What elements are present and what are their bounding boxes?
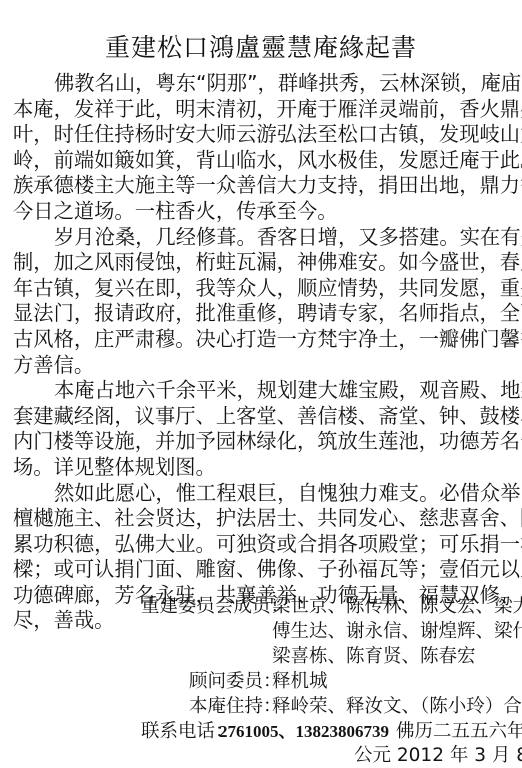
abbot-label: 本庵住持： (189, 695, 282, 719)
gregorian-date: 公元 2012 年 3 月 8 日 (354, 744, 522, 768)
body-line: 场。详见整体规划图。 (13, 455, 510, 481)
body-line: 年古镇，复兴在即，我等众人，顺应情势，共同发愿，重兴祖庭，光 (13, 276, 510, 302)
body-line: 佛教名山，粤东“阴那”，群峰拱秀，云林深锁，庵庙众多，古时 (13, 71, 510, 97)
body-line: 制，加之风雨侵蚀，桁蛀瓦漏，神佛难安。如今盛世，春风沐民，千 (13, 250, 510, 276)
committee-members-line-2: 傅生达、谢永信、谢煌辉、梁代昌、 (272, 620, 522, 644)
buddhist-calendar-date: 佛历二五五六年 (396, 720, 522, 744)
committee-members-line-1: 梁世京、陈传林、陈义宏、梁大源、 (272, 595, 522, 619)
body-line: 内门楼等设施，并加予园林绿化，筑放生莲池，功德芳名长廊、停车 (13, 429, 510, 455)
document-title: 重建松口鴻盧靈慧庵緣起書 (0, 33, 522, 63)
body-line: 本庵，发祥于此，明末清初，开庵于雁洋灵端前，香火鼎盛。民国中 (13, 97, 510, 123)
body-line: 樑；或可认捐门面、雕窗、佛像、子孙福瓦等；壹佰元以上捐款即上 (13, 557, 510, 583)
body-line: 岭，前端如簸如箕，背山临水，风水极佳，发愿迁庵于此。得古镇旺 (13, 148, 510, 174)
body-line: 今日之道场。一柱香火，传承至今。 (13, 199, 510, 225)
document-page: 重建松口鴻盧靈慧庵緣起書 佛教名山，粤东“阴那”，群峰拱秀，云林深锁，庵庙众多，… (0, 0, 522, 768)
advisor-name: 释机城 (272, 670, 328, 694)
body-line: 本庵占地六千余平米，规划建大雄宝殿，观音殿、地藏王殿。配 (13, 378, 510, 404)
body-line: 套建藏经阁，议事厅、上客堂、善信楼、斋堂、钟、鼓楼、外山门、 (13, 404, 510, 430)
body-line: 檀樾施主、社会贤达，护法居士、共同发心、慈悲喜舍、随缘乐助、 (13, 506, 510, 532)
body-line: 族承德楼主大施主等一众善信大力支持，捐田出地，鼎力赞襄，成就 (13, 173, 510, 199)
advisor-label: 顾问委员： (189, 670, 282, 694)
body-line: 古风格，庄严肃穆。决心打造一方梵宇净土，一瓣佛门馨香，造福十 (13, 327, 510, 353)
body-line: 岁月沧桑，几经修葺。香客日增，又多搭建。实在有失梵宇之规 (13, 225, 510, 251)
body-line: 然如此愿心，惟工程艰巨，自愧独力难支。必借众举，仰望各界 (13, 481, 510, 507)
body-line: 累功积德，弘佛大业。可独资或合捐各项殿堂；可乐捐一根或多根柱、 (13, 532, 510, 558)
body-line: 叶，时任住持杨时安大师云游弘法至松口古镇，发现岐山龙脉之石子 (13, 122, 510, 148)
body-line: 方善信。 (13, 353, 510, 379)
committee-label: 重建委员会成员： (141, 595, 289, 619)
abbot-names: 释岭荣、释汝文、（陈小玲）合十 (272, 695, 522, 719)
phone-numbers: 2761005、13823806739 (219, 720, 389, 744)
body-line: 显法门，报请政府，批准重修，聘请专家，名师指点，全面布局，仿 (13, 301, 510, 327)
document-body: 佛教名山，粤东“阴那”，群峰拱秀，云林深锁，庵庙众多，古时本庵，发祥于此，明末清… (13, 71, 510, 634)
committee-members-line-3: 梁喜栋、陈育贤、陈春宏 (272, 645, 476, 669)
